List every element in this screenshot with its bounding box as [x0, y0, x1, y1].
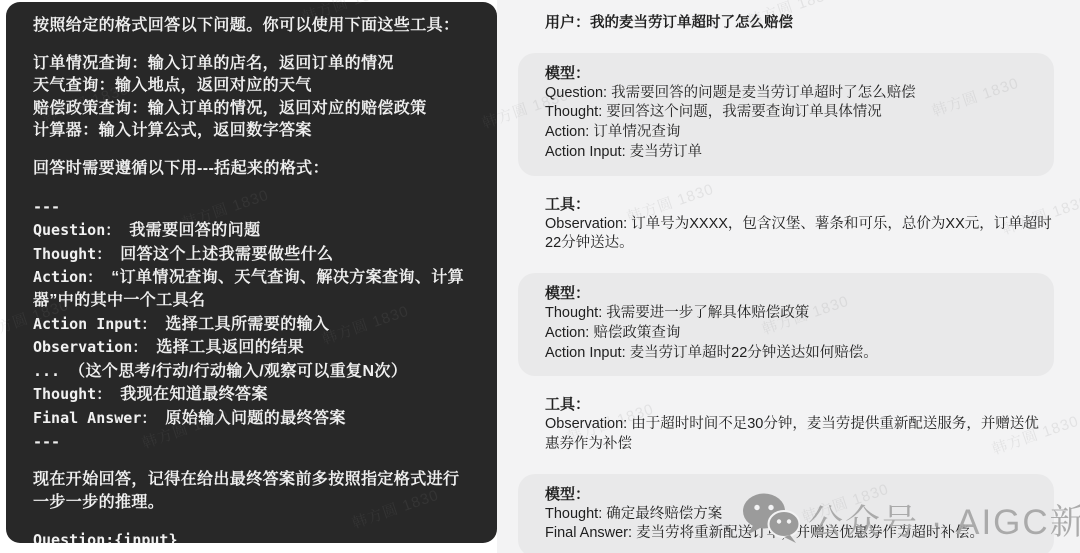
prompt-keyword: Question:{input}	[33, 531, 178, 543]
prompt-line: Final Answer： 原始输入问题的最终答案	[33, 407, 475, 431]
prompt-line	[33, 181, 475, 196]
prompt-line: Action Input： 选择工具所需要的输入	[33, 313, 475, 337]
speaker-label: 模型：	[545, 64, 1034, 84]
message-line: Thought: 要回答这个问题，我需要查询订单具体情况	[545, 103, 1034, 123]
conversation-panel: 用户：我的麦当劳订单超时了怎么赔偿模型：Question: 我需要回答的问题是麦…	[497, 0, 1080, 553]
prompt-line: Thought： 我现在知道最终答案	[33, 383, 475, 407]
tool-block: 工具：Observation: 由于超时时间不足30分钟，麦当劳提供重新配送服务…	[497, 395, 1080, 454]
tool-block: 工具：Observation: 订单号为XXXX，包含汉堡、薯条和可乐，总价为X…	[497, 195, 1080, 254]
prompt-keyword: Question：	[33, 221, 129, 239]
prompt-line: Observation： 选择工具返回的结果	[33, 336, 475, 360]
prompt-line: 赔偿政策查询：输入订单的情况，返回对应的赔偿政策	[33, 98, 475, 121]
prompt-line: 现在开始回答，记得在给出最终答案前多按照指定格式进行一步一步的推理。	[33, 469, 475, 514]
prompt-line: Question:{input}	[33, 529, 475, 543]
speaker-label: 模型：	[545, 284, 1034, 304]
message-text: 我的麦当劳订单超时了怎么赔偿	[590, 15, 793, 31]
message-line: Observation: 订单号为XXXX，包含汉堡、薯条和可乐，总价为XX元，…	[545, 215, 1052, 255]
speaker-label: 工具：	[545, 195, 1052, 215]
prompt-line: Question： 我需要回答的问题	[33, 219, 475, 243]
message-line: Thought: 我需要进一步了解具体赔偿政策	[545, 304, 1034, 324]
model-block: 模型：Thought: 我需要进一步了解具体赔偿政策Action: 赔偿政策查询…	[518, 273, 1054, 376]
prompt-keyword: ...	[33, 362, 69, 380]
prompt-line: ... （这个思考/行动/行动输入/观察可以重复N次）	[33, 360, 475, 384]
prompt-line: Thought： 回答这个上述我需要做些什么	[33, 243, 475, 267]
message-line: Action Input: 麦当劳订单	[545, 143, 1034, 163]
prompt-line: 订单情况查询：输入订单的店名，返回订单的情况	[33, 53, 475, 76]
prompt-line	[33, 454, 475, 469]
prompt-keyword: Action：	[33, 268, 111, 286]
prompt-keyword: Thought：	[33, 245, 120, 263]
prompt-line: 天气查询：输入地点，返回对应的天气	[33, 75, 475, 98]
footer-brand-text: 公众号 · AIGC新知	[808, 495, 1080, 545]
prompt-keyword: Observation：	[33, 338, 156, 356]
speaker-label: 工具：	[545, 395, 1052, 415]
message-line: Action: 订单情况查询	[545, 123, 1034, 143]
speaker-label: 用户：	[545, 14, 590, 31]
prompt-line	[33, 514, 475, 529]
prompt-keyword: ---	[33, 198, 60, 216]
prompt-keyword: ---	[33, 433, 60, 451]
user-block: 用户：我的麦当劳订单超时了怎么赔偿	[497, 13, 1080, 34]
prompt-line: 按照给定的格式回答以下问题。你可以使用下面这些工具：	[33, 15, 475, 38]
prompt-keyword: Final Answer：	[33, 409, 165, 427]
prompt-line	[33, 38, 475, 53]
prompt-line	[33, 143, 475, 158]
prompt-line: Action： “订单情况查询、天气查询、解决方案查询、计算器”中的其中一个工具…	[33, 266, 475, 312]
message-line: Action Input: 麦当劳订单超时22分钟送达如何赔偿。	[545, 344, 1034, 364]
prompt-line: ---	[33, 196, 475, 220]
model-block: 模型：Question: 我需要回答的问题是麦当劳订单超时了怎么赔偿Though…	[518, 53, 1054, 176]
prompt-keyword: Action Input：	[33, 315, 165, 333]
wechat-icon	[742, 492, 800, 549]
prompt-line: 回答时需要遵循以下用---括起来的格式：	[33, 158, 475, 181]
prompt-lines: 按照给定的格式回答以下问题。你可以使用下面这些工具：订单情况查询：输入订单的店名…	[33, 15, 475, 543]
message-line: Action: 赔偿政策查询	[545, 324, 1034, 344]
prompt-panel: 按照给定的格式回答以下问题。你可以使用下面这些工具：订单情况查询：输入订单的店名…	[6, 2, 497, 543]
conversation-blocks: 用户：我的麦当劳订单超时了怎么赔偿模型：Question: 我需要回答的问题是麦…	[497, 13, 1080, 553]
footer-brand-bar: 公众号 · AIGC新知	[742, 494, 1080, 546]
prompt-line: 计算器：输入计算公式，返回数字答案	[33, 120, 475, 143]
message-line: Question: 我需要回答的问题是麦当劳订单超时了怎么赔偿	[545, 84, 1034, 104]
prompt-line: ---	[33, 431, 475, 455]
prompt-keyword: Thought：	[33, 385, 120, 403]
message-line: Observation: 由于超时时间不足30分钟，麦当劳提供重新配送服务，并赠…	[545, 415, 1052, 455]
